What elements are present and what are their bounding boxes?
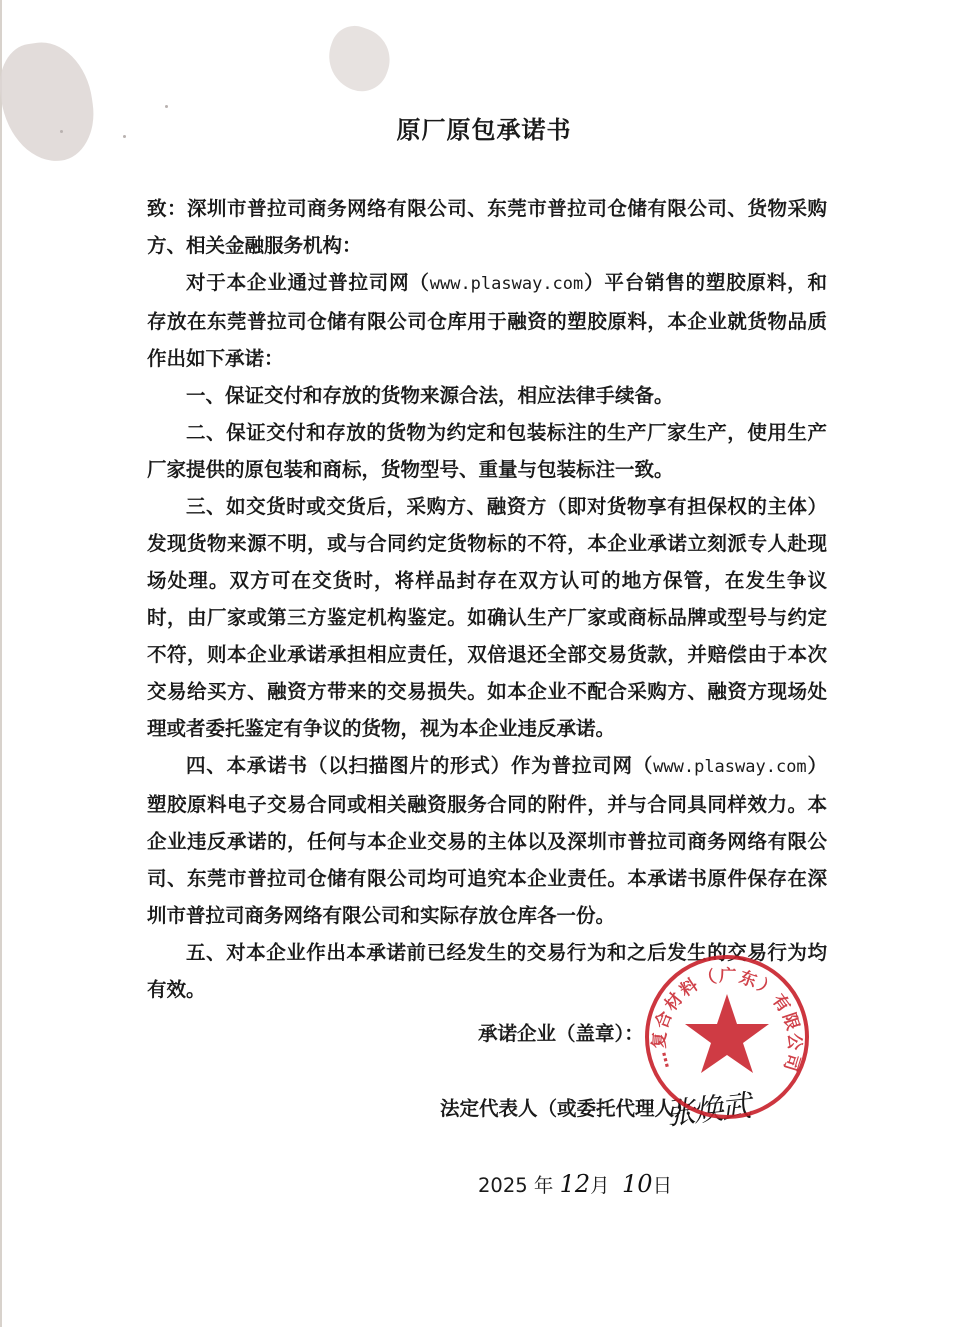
intro-text: 对于本企业通过普拉司网（ — [186, 271, 430, 294]
clause-4: 四、本承诺书（以扫描图片的形式）作为普拉司网（www.plasway.com）塑… — [147, 747, 827, 934]
date-month: 12 — [560, 1170, 591, 1198]
date-year-unit: 年 — [534, 1174, 554, 1197]
document-body: 致：深圳市普拉司商务网络有限公司、东莞市普拉司仓储有限公司、货物采购方、相关金融… — [147, 190, 827, 1008]
clause-text: 四、本承诺书（以扫描图片的形式）作为普拉司网（ — [186, 754, 653, 777]
page-edge — [0, 0, 2, 1327]
company-seal-stamp-icon: …复合材料（广东）有限公司 — [642, 952, 812, 1122]
paper-speck — [165, 105, 168, 108]
date-day-unit: 日 — [653, 1174, 673, 1197]
website-url: www.plasway.com — [430, 274, 584, 294]
clause-3: 三、如交货时或交货后，采购方、融资方（即对货物享有担保权的主体）发现货物来源不明… — [147, 488, 827, 747]
clause-2: 二、保证交付和存放的货物为约定和包装标注的生产厂家生产，使用生产厂家提供的原包装… — [147, 414, 827, 488]
intro-paragraph: 对于本企业通过普拉司网（www.plasway.com）平台销售的塑胶原料，和存… — [147, 264, 827, 377]
clause-text: ）塑胶原料电子交易合同或相关融资服务合同的附件，并与合同具同样效力。本企业违反承… — [147, 754, 827, 927]
addressee: 致：深圳市普拉司商务网络有限公司、东莞市普拉司仓储有限公司、货物采购方、相关金融… — [147, 190, 827, 264]
clause-1: 一、保证交付和存放的货物来源合法，相应法律手续备。 — [147, 377, 827, 414]
date-year: 2025 — [478, 1174, 528, 1197]
paper-smudge — [0, 36, 100, 167]
date-day: 10 — [622, 1170, 653, 1198]
star-icon — [685, 994, 769, 1073]
sign-date: 2025 年 12月 10日 — [478, 1170, 672, 1198]
document-title: 原厂原包承诺书 — [0, 110, 968, 145]
company-seal-label: 承诺企业（盖章）： — [478, 1018, 644, 1046]
website-url: www.plasway.com — [653, 757, 807, 777]
paper-smudge — [319, 19, 398, 98]
date-month-unit: 月 — [590, 1174, 610, 1197]
document-page: 原厂原包承诺书 致：深圳市普拉司商务网络有限公司、东莞市普拉司仓储有限公司、货物… — [0, 0, 968, 1327]
